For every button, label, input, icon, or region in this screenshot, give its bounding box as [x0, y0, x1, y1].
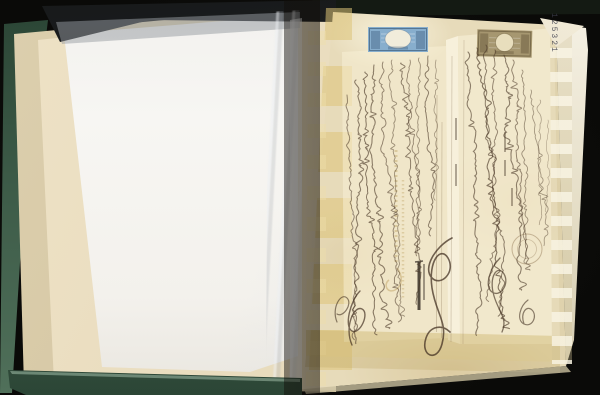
revenue-stamp-brown — [476, 28, 535, 60]
revenue-stamp-blue — [367, 26, 429, 54]
photo-of-open-album: 125321 — [0, 0, 600, 395]
serial-number-stamp: 125321 — [549, 13, 558, 54]
